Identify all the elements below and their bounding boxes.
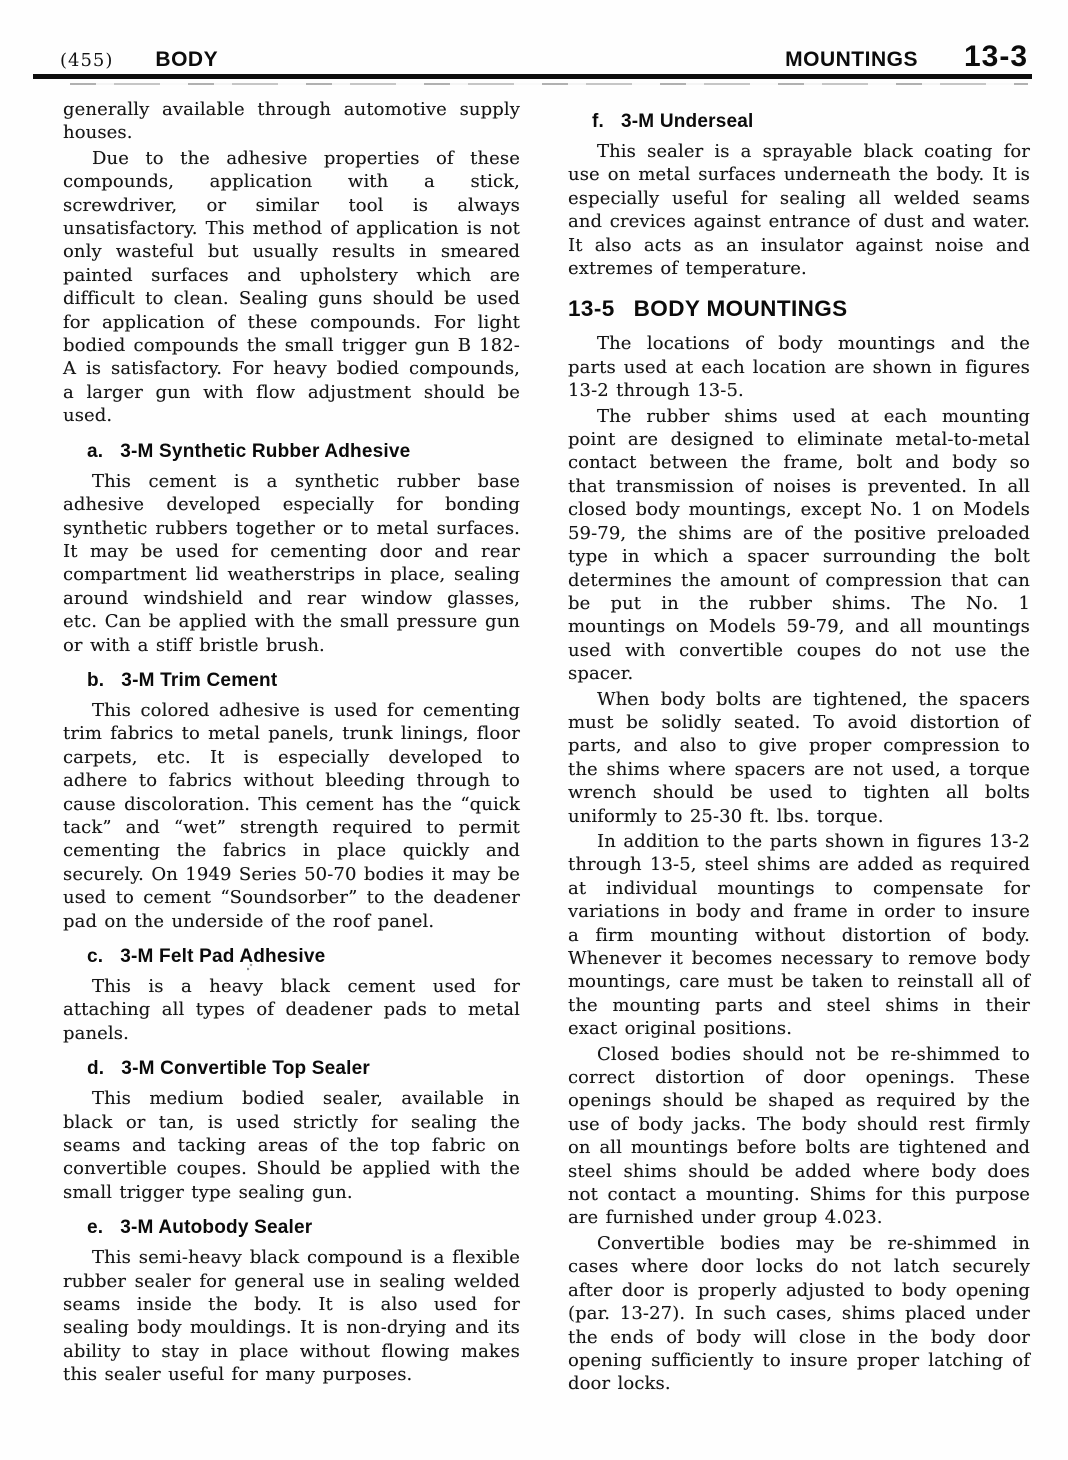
running-head: (455) BODY MOUNTINGS 13-3 <box>60 40 1028 74</box>
text-columns: generally available through automotive s… <box>63 98 1030 1398</box>
subsection-heading: a.3-M Synthetic Rubber Adhesive <box>87 441 520 463</box>
header-rule-shadow <box>70 83 1028 85</box>
section-title: MOUNTINGS <box>785 48 918 72</box>
subsection-heading-letter: a. <box>87 441 103 462</box>
page-number: (455) <box>60 50 113 71</box>
paragraph: This colored adhesive is used for cement… <box>63 699 520 933</box>
subsection-heading-title: 3-M Convertible Top Sealer <box>121 1058 370 1079</box>
manual-page: (455) BODY MOUNTINGS 13-3 generally avai… <box>0 0 1068 1460</box>
paragraph: This semi-heavy black compound is a flex… <box>63 1246 520 1386</box>
paragraph: Due to the adhesive properties of these … <box>63 147 520 428</box>
paragraph: The locations of body mountings and the … <box>568 332 1030 402</box>
subsection-heading: b.3-M Trim Cement <box>87 670 520 692</box>
subsection-heading: f.3-M Underseal <box>592 111 1030 133</box>
subsection-heading: c.3-M Felt Pad Adhesive <box>87 946 520 968</box>
scan-speckle <box>247 963 253 971</box>
section-heading-title: BODY MOUNTINGS <box>634 296 848 321</box>
right-column: f.3-M UndersealThis sealer is a sprayabl… <box>568 98 1030 1398</box>
paragraph: This medium bodied sealer, available in … <box>63 1087 520 1204</box>
paragraph: Closed bodies should not be re-shimmed t… <box>568 1043 1030 1230</box>
subsection-heading-title: 3-M Trim Cement <box>121 670 277 691</box>
left-column: generally available through automotive s… <box>63 98 520 1398</box>
page-section-number: 13-3 <box>964 40 1028 74</box>
subsection-heading: e.3-M Autobody Sealer <box>87 1217 520 1239</box>
subsection-heading-title: 3-M Felt Pad Adhesive <box>120 946 325 967</box>
paragraph: generally available through automotive s… <box>63 98 520 145</box>
subsection-heading-title: 3-M Synthetic Rubber Adhesive <box>120 441 410 462</box>
paragraph: This sealer is a sprayable black coating… <box>568 140 1030 280</box>
paragraph: Convertible bodies may be re-shimmed in … <box>568 1232 1030 1396</box>
paragraph: When body bolts are tightened, the space… <box>568 688 1030 828</box>
subsection-heading-title: 3-M Autobody Sealer <box>120 1217 312 1238</box>
subsection-heading-letter: f. <box>592 111 604 132</box>
paragraph: This is a heavy black cement used for at… <box>63 975 520 1045</box>
subsection-heading: d.3-M Convertible Top Sealer <box>87 1058 520 1080</box>
chapter-title: BODY <box>155 48 218 72</box>
paragraph: The rubber shims used at each mounting p… <box>568 405 1030 686</box>
section-heading: 13-5BODY MOUNTINGS <box>568 296 1030 322</box>
subsection-heading-letter: b. <box>87 670 104 691</box>
paragraph: This cement is a synthetic rubber base a… <box>63 470 520 657</box>
header-rule <box>33 74 1032 79</box>
subsection-heading-letter: e. <box>87 1217 103 1238</box>
subsection-heading-letter: d. <box>87 1058 104 1079</box>
paragraph: In addition to the parts shown in figure… <box>568 830 1030 1041</box>
section-heading-number: 13-5 <box>568 296 615 321</box>
subsection-heading-title: 3-M Underseal <box>621 111 753 132</box>
subsection-heading-letter: c. <box>87 946 103 967</box>
